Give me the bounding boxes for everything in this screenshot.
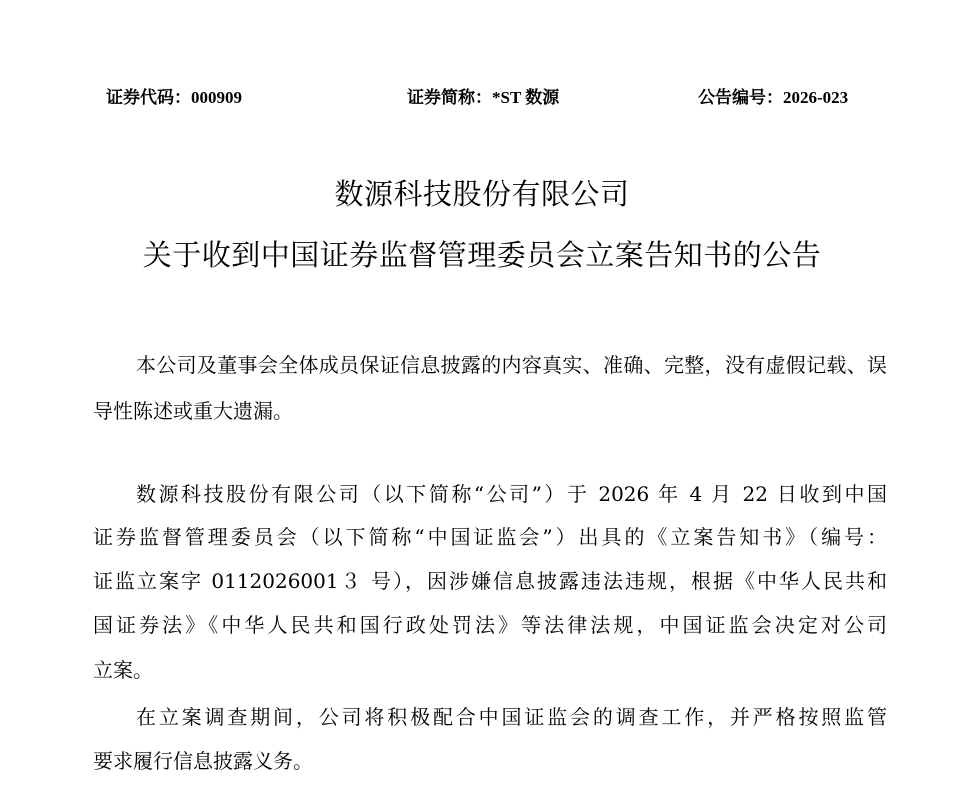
paragraph-line: 证监立案字 0112026001３ 号），因涉嫌信息披露违法违规，根据《中华人民… xyxy=(93,566,887,596)
announcement-header: 证券代码：000909 证券简称：*ST 数源 公告编号：2026-023 xyxy=(0,84,964,112)
security-abbreviation: 证券简称：*ST 数源 xyxy=(407,84,559,112)
paragraph-line: 数源科技股份有限公司（以下简称“公司”）于 2026 年 4 月 22 日收到中… xyxy=(136,479,887,509)
announcement-number: 公告编号：2026-023 xyxy=(698,84,848,112)
paragraph-line: 立案。 xyxy=(93,655,887,685)
announcement-title: 关于收到中国证券监督管理委员会立案告知书的公告 xyxy=(0,235,964,275)
statement-line: 本公司及董事会全体成员保证信息披露的内容真实、准确、完整，没有虚假记载、误 xyxy=(136,350,887,380)
statement-line: 导性陈述或重大遗漏。 xyxy=(93,396,887,426)
paragraph-line: 证券监督管理委员会（以下简称“中国证监会”）出具的《立案告知书》（编号： xyxy=(93,522,887,552)
paragraph-line: 在立案调查期间，公司将积极配合中国证监会的调查工作，并严格按照监管 xyxy=(136,702,887,732)
paragraph-line: 要求履行信息披露义务。 xyxy=(93,746,887,776)
company-title: 数源科技股份有限公司 xyxy=(0,174,964,214)
security-code: 证券代码：000909 xyxy=(106,84,242,112)
paragraph-line: 国证券法》《中华人民共和国行政处罚法》等法律法规，中国证监会决定对公司 xyxy=(93,610,887,640)
